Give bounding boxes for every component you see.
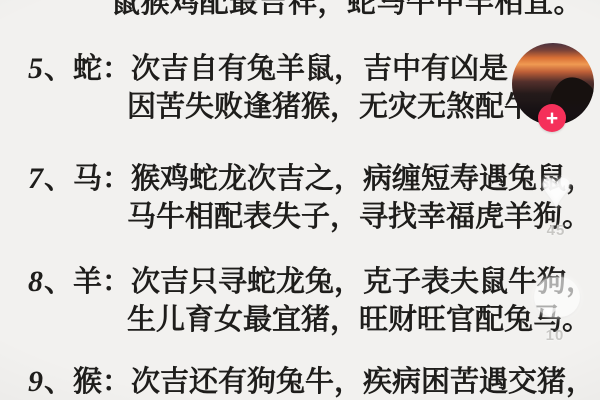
clipped-top-line: 鼠猴鸡配最吉祥，蛇马牛中羊相宜。 [111, 0, 583, 22]
item-colon: ： [102, 266, 131, 298]
video-text-page: 鼠猴鸡配最吉祥，蛇马牛中羊相宜。 5、蛇： 次吉自有兔羊鼠，吉中有凶是 因苦失败… [0, 0, 600, 400]
item-colon: ： [102, 53, 131, 85]
item-animal: 猴 [73, 366, 102, 398]
item-label: 8、羊： [28, 263, 131, 301]
item-line1: 次吉只寻蛇龙兔，克子表夫鼠牛狗， [131, 263, 595, 301]
item-number: 9 [28, 365, 44, 398]
item-number: 7 [28, 162, 44, 195]
item-animal: 马 [73, 163, 102, 195]
list-item-goat: 8、羊： 次吉只寻蛇龙兔，克子表夫鼠牛狗， 生儿育女最宜猪，旺财旺官配兔马。 [28, 263, 600, 339]
item-animal: 羊 [73, 266, 102, 298]
item-colon: ： [102, 163, 131, 195]
item-colon: ： [102, 366, 131, 398]
enum-separator: 、 [44, 266, 73, 298]
item-label: 5、蛇： [28, 50, 131, 88]
item-line1: 次吉还有狗兔牛，疾病困苦遇交猪， [131, 363, 595, 400]
item-line2: 马牛相配表失子，寻找幸福虎羊狗。 [127, 198, 600, 236]
item-number: 8 [28, 265, 44, 298]
enum-separator: 、 [44, 53, 73, 85]
list-item-monkey: 9、猴： 次吉还有狗兔牛，疾病困苦遇交猪， [28, 363, 600, 400]
list-item-horse: 7、马： 猴鸡蛇龙次吉之，病缠短寿遇兔鼠， 马牛相配表失子，寻找幸福虎羊狗。 [28, 160, 600, 236]
enum-separator: 、 [44, 163, 73, 195]
follow-plus-button[interactable]: + [538, 104, 566, 132]
item-animal: 蛇 [73, 53, 102, 85]
item-line1: 猴鸡蛇龙次吉之，病缠短寿遇兔鼠， [131, 160, 595, 198]
item-line2: 生儿育女最宜猪，旺财旺官配兔马。 [127, 301, 600, 339]
item-label: 7、马： [28, 160, 131, 198]
item-label: 9、猴： [28, 363, 131, 400]
zodiac-text-content: 鼠猴鸡配最吉祥，蛇马牛中羊相宜。 5、蛇： 次吉自有兔羊鼠，吉中有凶是 因苦失败… [0, 0, 600, 400]
item-number: 5 [28, 52, 44, 85]
enum-separator: 、 [44, 366, 73, 398]
item-line1: 次吉自有兔羊鼠，吉中有凶是 [131, 50, 508, 88]
